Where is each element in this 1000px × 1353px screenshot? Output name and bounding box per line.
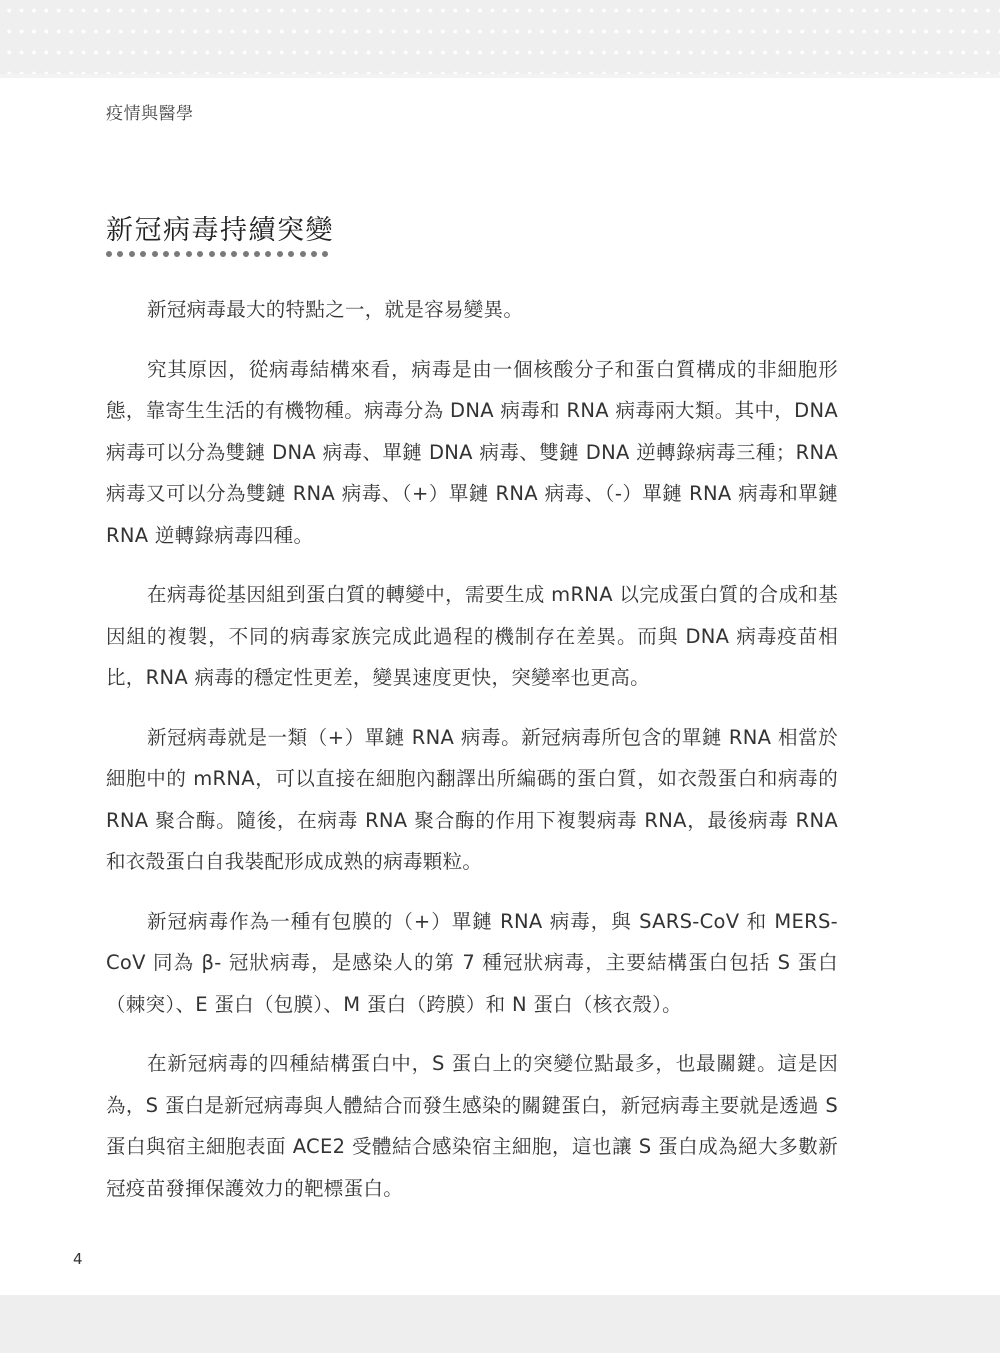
underline-dot: [311, 251, 317, 257]
underline-dot: [186, 251, 192, 257]
underline-dot: [231, 251, 237, 257]
underline-dot: [243, 251, 249, 257]
underline-dot: [174, 251, 180, 257]
decorative-dotted-header-band: [0, 0, 1000, 78]
underline-dot: [163, 251, 169, 257]
paragraph-4: 新冠病毒就是一類（+）單鏈 RNA 病毒。新冠病毒所包含的單鏈 RNA 相當於細…: [106, 717, 838, 883]
underline-dot: [220, 251, 226, 257]
underline-dot: [152, 251, 158, 257]
underline-dot: [140, 251, 146, 257]
page-number: 4: [73, 1250, 83, 1268]
underline-dot: [300, 251, 306, 257]
underline-dot: [209, 251, 215, 257]
underline-dot: [197, 251, 203, 257]
underline-dot: [288, 251, 294, 257]
title-dotted-underline: [106, 251, 328, 257]
section-title: 新冠病毒持續突變: [106, 214, 334, 248]
underline-dot: [277, 251, 283, 257]
paragraph-6: 在新冠病毒的四種結構蛋白中，S 蛋白上的突變位點最多，也最關鍵。這是因為，S 蛋…: [106, 1043, 838, 1209]
underline-dot: [106, 251, 112, 257]
underline-dot: [117, 251, 123, 257]
paragraph-5: 新冠病毒作為一種有包膜的（+）單鏈 RNA 病毒，與 SARS-CoV 和 ME…: [106, 901, 838, 1026]
bottom-gray-band: [0, 1295, 1000, 1353]
underline-dot: [254, 251, 260, 257]
body-text: 新冠病毒最大的特點之一，就是容易變異。 究其原因，從病毒結構來看，病毒是由一個核…: [106, 289, 838, 1227]
underline-dot: [129, 251, 135, 257]
paragraph-3: 在病毒從基因組到蛋白質的轉變中，需要生成 mRNA 以完成蛋白質的合成和基因組的…: [106, 574, 838, 699]
running-header-title: 疫情與醫學: [106, 99, 194, 124]
underline-dot: [322, 251, 328, 257]
paragraph-2: 究其原因，從病毒結構來看，病毒是由一個核酸分子和蛋白質構成的非細胞形態，靠寄生生…: [106, 349, 838, 557]
underline-dot: [265, 251, 271, 257]
paragraph-1: 新冠病毒最大的特點之一，就是容易變異。: [106, 289, 838, 331]
